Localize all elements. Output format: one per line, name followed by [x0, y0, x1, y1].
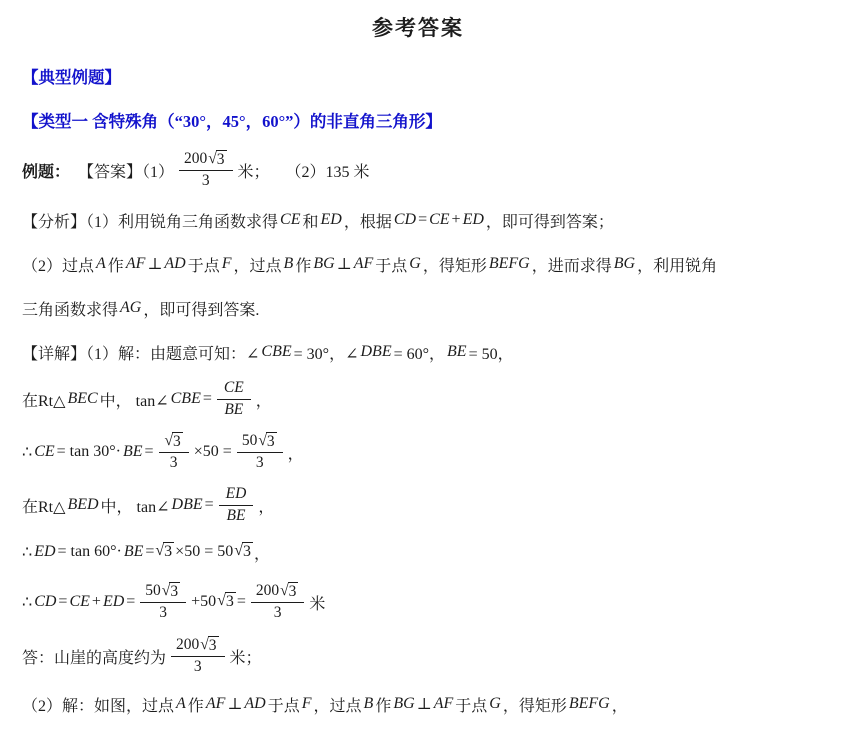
math-variable: CD [32, 593, 58, 611]
math-variable: BEC [65, 390, 99, 408]
math-variable: CE [222, 379, 246, 397]
part2-solution-line: （2）解：如图，过点A作AF⊥AD于点F，过点B作BG⊥AF于点G，得矩形BEF… [22, 682, 814, 726]
math-variable: CE [427, 211, 451, 229]
detail-line-6: ∴ CD = CE + ED = 50√33+50√3 = 200√33米 [22, 574, 814, 630]
radicand: 3 [208, 636, 219, 655]
sqrt-radical: √3 [162, 582, 180, 601]
math-variable: AG [118, 299, 143, 317]
text-run: ⊥ [417, 694, 432, 714]
math-variable: CE [32, 443, 56, 461]
text-run: ，利用锐角 [637, 253, 717, 276]
text-run: ∴ [22, 542, 32, 562]
text-run: ∴ [22, 442, 32, 462]
math-variable: A [94, 255, 108, 273]
text-run: = tan 60°· [58, 543, 122, 561]
math-variable: A [174, 695, 188, 713]
text-run: 【分析】（1）利用锐角三角函数求得 [22, 209, 278, 232]
sqrt-radical: √3 [155, 542, 174, 561]
sqrt-radical: √3 [280, 582, 298, 601]
detail-line-4: 在Rt△BED中， tan∠DBE = EDBE， [22, 480, 814, 530]
fraction: 50√33 [140, 582, 186, 622]
text-run: ， [258, 494, 274, 517]
fraction: 200√33 [171, 636, 225, 676]
detail-line-3: ∴ CE = tan 30°·BE = √33×50 = 50√33， [22, 424, 814, 480]
sqrt-radical: √3 [165, 432, 183, 451]
analysis-line-1: 【分析】（1）利用锐角三角函数求得CE和ED，根据CD = CE + ED，即可… [22, 198, 814, 242]
text-run: 中， tan∠ [101, 494, 170, 517]
math-variable: AF [204, 695, 228, 713]
text-run: ，进而求得 [532, 253, 612, 276]
math-variable: AD [242, 695, 267, 713]
text-run: 于点 [375, 253, 407, 276]
answer-summary-line: 答：山崖的高度约为200√33米； [22, 630, 814, 682]
radicand: 3 [169, 582, 180, 601]
math-variable: DBE [170, 496, 205, 514]
math-variable: F [300, 695, 314, 713]
text-run: = [145, 543, 154, 561]
fraction-numerator: 50√3 [237, 432, 283, 453]
math-variable: CBE [169, 390, 203, 408]
fraction-denominator: BE [222, 400, 245, 419]
text-run: 【详解】（1）解：由题意可知：∠ [22, 341, 259, 364]
fraction-numerator: 50√3 [140, 582, 186, 603]
sqrt-radical: √3 [234, 542, 253, 561]
text-run: = 60°， [394, 341, 445, 364]
fraction-denominator: 3 [202, 171, 210, 190]
heading-typical-examples: 【典型例题】 [22, 54, 814, 98]
math-variable: AD [162, 255, 187, 273]
sqrt-radical: √3 [200, 636, 218, 655]
math-variable: B [362, 695, 376, 713]
fraction-denominator: BE [225, 506, 248, 525]
text-run: 作 [295, 253, 311, 276]
math-variable: ED [318, 211, 343, 229]
text-run: ，即可得到答案. [143, 297, 259, 320]
radicand: 3 [225, 592, 236, 611]
text-run: 作 [188, 693, 204, 716]
text-run: 3 [256, 454, 264, 471]
text-run: 3 [159, 604, 167, 621]
text-run: ，根据 [344, 209, 392, 232]
text-run: ，过点 [314, 693, 362, 716]
math-variable: F [220, 255, 234, 273]
text-run: = [58, 593, 67, 611]
text-run: 3 [170, 454, 178, 471]
radicand: 3 [266, 432, 277, 451]
math-variable: G [407, 255, 423, 273]
text-run: ， [288, 441, 304, 464]
text-run: + [92, 593, 101, 611]
text-run: 【类型一 含特殊角（“30°，45°，60°”）的非直角三角形】 [22, 108, 442, 132]
detail-line-5: ∴ ED = tan 60°·BE = √3×50 = 50√3， [22, 530, 814, 574]
text-run: ×50 = [194, 443, 232, 461]
math-variable: ED [224, 485, 249, 503]
radicand: 3 [288, 582, 299, 601]
text-run: 参考答案 [372, 16, 464, 40]
text-run: 200 [176, 636, 199, 654]
fraction-numerator: 200√3 [251, 582, 305, 603]
text-run: 200 [256, 582, 279, 600]
text-run: 中， tan∠ [100, 388, 169, 411]
text-run: ， [612, 693, 628, 716]
document-page: 参考答案 【典型例题】 【类型一 含特殊角（“30°，45°，60°”）的非直角… [0, 0, 842, 726]
text-run: ，得矩形 [503, 693, 567, 716]
math-variable: CBE [259, 343, 293, 361]
fraction-numerator: ED [219, 485, 254, 505]
fraction: EDBE [219, 485, 254, 525]
text-run: 作 [108, 253, 124, 276]
math-variable: BE [445, 343, 469, 361]
text-run: = [126, 593, 135, 611]
sqrt-radical: √3 [258, 432, 276, 451]
fraction-denominator: 3 [194, 657, 202, 676]
fraction-denominator: 3 [159, 603, 167, 622]
math-variable: B [282, 255, 296, 273]
text-run: 于点 [268, 693, 300, 716]
math-variable: AF [352, 255, 376, 273]
math-variable: BED [65, 496, 100, 514]
math-variable: BE [122, 543, 146, 561]
sqrt-radical: √3 [208, 150, 226, 169]
math-variable: BE [225, 507, 248, 524]
math-variable: BEFG [567, 695, 612, 713]
heading-type-one: 【类型一 含特殊角（“30°，45°，60°”）的非直角三角形】 [22, 98, 814, 142]
text-run: ，过点 [234, 253, 282, 276]
text-run: ⊥ [147, 254, 162, 274]
math-variable: ED [101, 593, 126, 611]
text-run: （2）过点 [22, 253, 94, 276]
text-run: 3 [202, 172, 210, 189]
fraction: CEBE [217, 379, 251, 419]
fraction-numerator: 200√3 [171, 636, 225, 657]
analysis-line-3: 三角函数求得AG，即可得到答案. [22, 286, 814, 330]
text-run: ，即可得到答案； [486, 209, 614, 232]
radicand: 3 [242, 542, 253, 561]
text-run: 答：山崖的高度约为 [22, 645, 166, 668]
text-run: 米； [230, 645, 262, 668]
fraction: 200√33 [179, 150, 233, 190]
text-run: 三角函数求得 [22, 297, 118, 320]
text-run: ⊥ [227, 694, 242, 714]
radicand: 3 [163, 542, 174, 561]
fraction-denominator: 3 [274, 603, 282, 622]
fraction-denominator: 3 [170, 453, 178, 472]
text-run: +50 [191, 593, 216, 611]
text-run: 【答案】（1） [70, 159, 174, 182]
math-variable: DBE [358, 343, 393, 361]
text-run: （2）解：如图，过点 [22, 693, 174, 716]
text-run: 【典型例题】 [22, 64, 121, 88]
math-variable: CD [392, 211, 418, 229]
math-variable: ED [461, 211, 486, 229]
text-run: 米 [309, 591, 325, 614]
fraction-numerator: √3 [159, 432, 189, 453]
page-title: 参考答案 [22, 12, 814, 46]
text-run: = [237, 593, 246, 611]
text-run: 于点 [188, 253, 220, 276]
math-variable: BG [311, 255, 336, 273]
math-variable: BG [612, 255, 637, 273]
math-variable: CE [67, 593, 91, 611]
text-run: = [205, 496, 214, 514]
text-run: 米； （2）135 米 [238, 159, 370, 182]
fraction: 50√33 [237, 432, 283, 472]
text-run: ， [254, 541, 270, 564]
text-run: ∴ [22, 592, 32, 612]
fraction-numerator: CE [217, 379, 251, 399]
text-run: 3 [194, 658, 202, 675]
detail-line-1: 【详解】（1）解：由题意可知：∠CBE = 30°，∠DBE = 60°，BE … [22, 330, 814, 374]
analysis-line-2: （2）过点A作AF⊥AD于点F，过点B作BG⊥AF于点G，得矩形BEFG，进而求… [22, 242, 814, 286]
fraction: √33 [159, 432, 189, 472]
radicand: 3 [172, 432, 183, 451]
text-run: 3 [274, 604, 282, 621]
fraction-denominator: 3 [256, 453, 264, 472]
text-run: = tan 30°· [57, 443, 121, 461]
math-variable: G [487, 695, 503, 713]
math-variable: CE [278, 211, 302, 229]
text-run: ，得矩形 [423, 253, 487, 276]
fraction-numerator: 200√3 [179, 150, 233, 171]
example-answer-line: 例题： 【答案】（1）200√33米； （2）135 米 [22, 142, 814, 198]
text-run: 作 [375, 693, 391, 716]
text-run: ×50 = 50 [175, 543, 233, 561]
text-run: = 30°，∠ [294, 341, 359, 364]
math-variable: BG [391, 695, 416, 713]
radicand: 3 [216, 150, 227, 169]
text-run: + [452, 211, 461, 229]
fraction: 200√33 [251, 582, 305, 622]
math-variable: AF [432, 695, 456, 713]
text-run: 200 [184, 150, 207, 168]
math-variable: BEFG [487, 255, 532, 273]
text-run: 例题： [22, 159, 70, 182]
math-variable: BE [222, 401, 245, 418]
text-run: = [144, 443, 153, 461]
text-run: 和 [302, 209, 318, 232]
text-run: 在Rt△ [22, 388, 65, 411]
text-run: ⊥ [337, 254, 352, 274]
text-run: 于点 [455, 693, 487, 716]
text-run: = [418, 211, 427, 229]
math-variable: BE [121, 443, 145, 461]
text-run: ， [256, 388, 272, 411]
detail-line-2: 在Rt△BEC中， tan∠CBE = CEBE， [22, 374, 814, 424]
text-run: = 50， [469, 341, 514, 364]
text-run: 在Rt△ [22, 494, 65, 517]
text-run: 50 [145, 582, 161, 600]
math-variable: ED [32, 543, 57, 561]
text-run: 50 [242, 432, 258, 450]
math-variable: AF [124, 255, 148, 273]
text-run: = [203, 390, 212, 408]
sqrt-radical: √3 [217, 592, 236, 611]
